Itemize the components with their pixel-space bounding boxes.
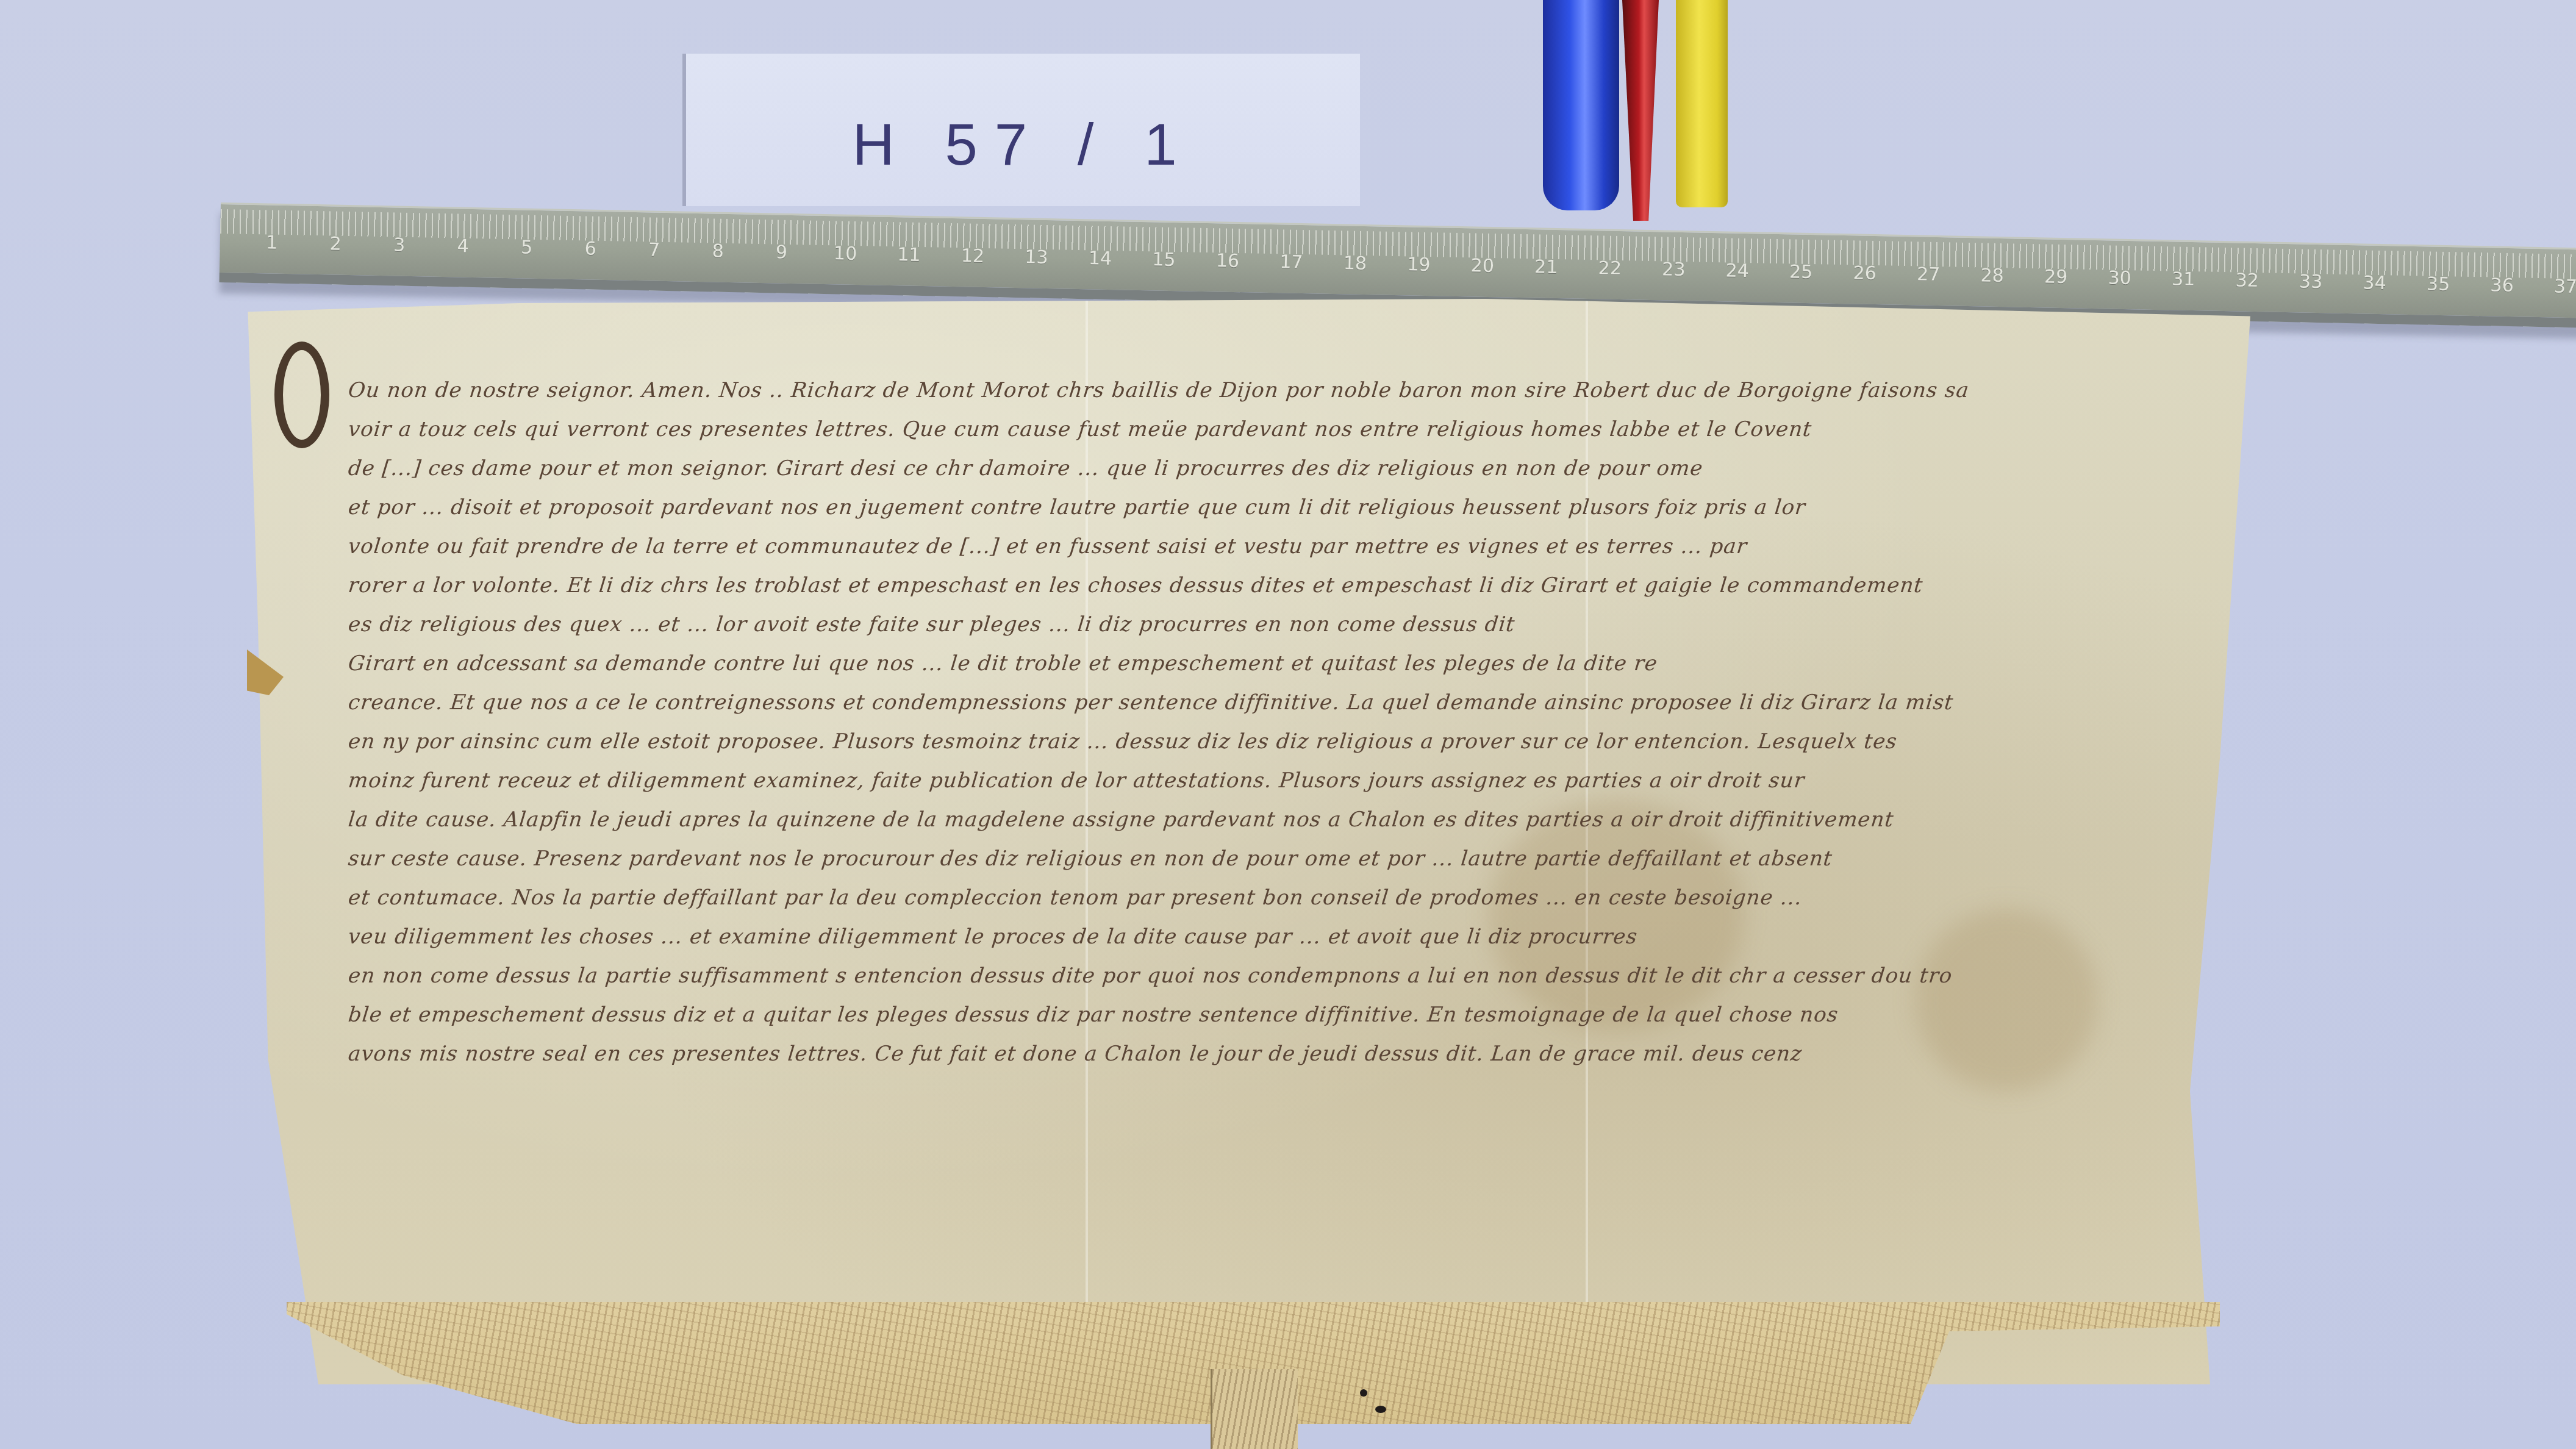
ruler-number: 35: [2420, 273, 2457, 295]
text-line: et contumace. Nos la partie deffaillant …: [346, 885, 2210, 925]
ruler-number: 12: [954, 245, 992, 267]
charter-text: Ou non de nostre seignor. Amen. Nos .. R…: [348, 378, 2208, 1081]
text-line: veu diligemment les choses ... et examin…: [346, 925, 2210, 964]
text-line: voir a touz cels qui verront ces present…: [346, 417, 2210, 456]
ruler-number: 2: [317, 233, 354, 255]
text-line: creance. Et que nos a ce le contreigness…: [346, 690, 2210, 729]
ruler-number: 15: [1145, 249, 1182, 271]
ink-dot: [1375, 1406, 1386, 1413]
ruler-number: 17: [1273, 251, 1310, 273]
ruler-number: 21: [1528, 256, 1565, 278]
photo-scene: H 57 / 1 1234567891011121314151617181920…: [0, 0, 2576, 1449]
ruler-number: 4: [445, 235, 482, 257]
ruler-number: 19: [1400, 254, 1437, 276]
seal-tag-strip: [1211, 1369, 1298, 1449]
ruler-number: 7: [635, 239, 673, 261]
ruler-number: 37: [2547, 276, 2576, 298]
text-line: rorer a lor volonte. Et li diz chrs les …: [346, 573, 2210, 612]
red-pen: [1622, 0, 1659, 221]
text-line: avons mis nostre seal en ces presentes l…: [346, 1042, 2210, 1081]
ruler-number: 23: [1655, 259, 1692, 281]
ruler-number: 34: [2356, 272, 2393, 294]
blue-pen: [1543, 0, 1619, 210]
ruler-number: 22: [1592, 257, 1629, 279]
ruler-number: 9: [763, 241, 800, 263]
ruler-number: 30: [2101, 267, 2138, 289]
ruler-number: 28: [1973, 265, 2011, 287]
ruler-number: 18: [1337, 252, 1374, 274]
ruler-number: 3: [381, 234, 418, 256]
ruler-number: 10: [827, 243, 864, 265]
ruler-number: 13: [1018, 246, 1055, 268]
text-line: de [...] ces dame pour et mon seignor. G…: [346, 456, 2210, 495]
text-line: la dite cause. Alapfin le jeudi apres la…: [346, 807, 2210, 846]
ruler-number: 27: [1910, 263, 1947, 285]
text-line: volonte ou fait prendre de la terre et c…: [346, 534, 2210, 573]
archive-label-card: H 57 / 1: [686, 54, 1360, 206]
ruler-number: 20: [1464, 255, 1501, 277]
ruler-number: 36: [2483, 274, 2521, 296]
ruler-number: 11: [890, 244, 928, 266]
ruler-number: 1: [253, 232, 290, 254]
text-line: en ny por ainsinc cum elle estoit propos…: [346, 729, 2210, 768]
ruler-number: 26: [1846, 262, 1883, 284]
text-line: sur ceste cause. Presenz pardevant nos l…: [346, 846, 2210, 885]
decorated-initial-o: [274, 342, 329, 448]
ruler-number: 31: [2165, 268, 2202, 290]
shelfmark-label: H 57 / 1: [686, 112, 1360, 179]
text-line: es diz religious des quex ... et ... lor…: [346, 612, 2210, 651]
text-line: Ou non de nostre seignor. Amen. Nos .. R…: [346, 378, 2210, 417]
ruler-number: 24: [1719, 260, 1756, 282]
ruler-number: 8: [699, 240, 737, 262]
ruler-number: 16: [1209, 250, 1247, 272]
ruler-number: 6: [572, 238, 609, 260]
text-line: moinz furent receuz et diligemment exami…: [346, 768, 2210, 807]
ruler-number: 25: [1783, 261, 1820, 283]
text-line: ble et empeschement dessus diz et a quit…: [346, 1003, 2210, 1042]
yellow-pen: [1676, 0, 1728, 207]
text-line: et por ... disoit et proposoit pardevant…: [346, 495, 2210, 534]
ink-dot: [1360, 1389, 1367, 1397]
ruler-number: 33: [2292, 271, 2330, 293]
text-line: Girart en adcessant sa demande contre lu…: [346, 651, 2210, 690]
text-line: en non come dessus la partie suffisammen…: [346, 964, 2210, 1003]
ruler-number: 5: [508, 237, 545, 259]
ruler-number: 14: [1082, 248, 1119, 270]
ruler-number: 29: [2038, 266, 2075, 288]
ruler-number: 32: [2228, 270, 2266, 292]
